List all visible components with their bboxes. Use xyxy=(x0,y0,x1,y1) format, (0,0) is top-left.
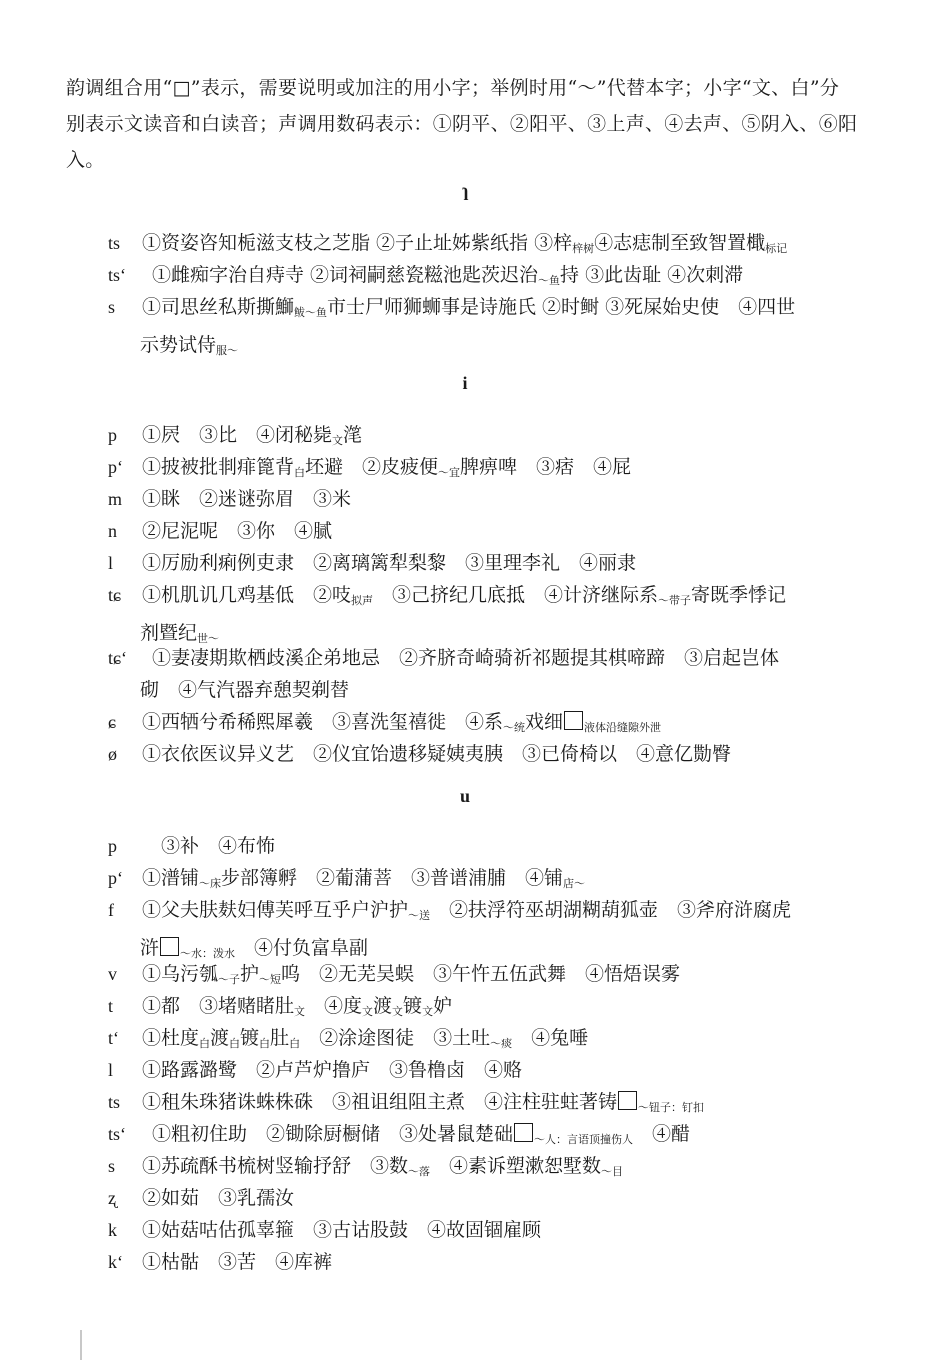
character-group: 示势试侍 xyxy=(140,334,216,356)
initial-label: v xyxy=(108,958,142,990)
row-continuation: 砌 ④气汽器弃憩契剃替 xyxy=(108,674,868,706)
annotation-subscript: 白 xyxy=(229,1037,240,1050)
initial-label: p xyxy=(108,830,142,862)
initial-label: ø xyxy=(108,738,142,770)
initial-row: k‘①枯骷 ③苦 ④库裤 xyxy=(108,1246,868,1278)
character-group: 镀 xyxy=(403,995,422,1017)
initial-label: p xyxy=(108,419,142,451)
character-group: ①父夫肤麸妇傅芙呼互乎户沪护 xyxy=(142,899,408,921)
initial-row: l①路露潞鹭 ②卢芦炉撸庐 ③鲁橹卤 ④赂 xyxy=(108,1054,868,1086)
initial-label: s xyxy=(108,1150,142,1182)
annotation-subscript: 白 xyxy=(294,466,305,479)
initial-label: t‘ xyxy=(108,1022,142,1054)
character-group: 市士尸师狮蛳事是诗施氏 ②时鲥 ③死屎始史使 ④四世 xyxy=(327,296,795,318)
initial-row: ø①衣依医议异义艺 ②仪宜饴遗移疑姨夷胰 ③已倚椅以 ④意亿勚臀 xyxy=(108,738,868,770)
annotation-subscript: ～子 xyxy=(218,973,240,986)
intro-line: 韵调组合用“□”表示，需要说明或加注的用小字；举例时用“～”代替本字；小字“文、… xyxy=(66,70,866,106)
character-group: ①姑菇咕估孤辜箍 ③古诂股鼓 ④故固锢雇顾 xyxy=(142,1219,541,1241)
character-group: ①路露潞鹭 ②卢芦炉撸庐 ③鲁橹卤 ④赂 xyxy=(142,1059,522,1081)
initial-row: k①姑菇咕估孤辜箍 ③古诂股鼓 ④故固锢雇顾 xyxy=(108,1214,868,1246)
character-group: ②扶浮符巫胡湖糊葫狐壶 ③斧府浒腐虎 xyxy=(430,899,791,921)
initial-label: k xyxy=(108,1214,142,1246)
initial-row: m①眯 ②迷谜弥眉 ③米 xyxy=(108,483,868,515)
placeholder-box xyxy=(514,1123,533,1142)
annotation-subscript: ～床 xyxy=(199,877,221,890)
initial-label: p‘ xyxy=(108,451,142,483)
initial-label: t xyxy=(108,990,142,1022)
annotation-subscript: 液体沿缝隙外泄 xyxy=(584,721,661,734)
annotation-subscript: ～目 xyxy=(601,1165,623,1178)
section-title: i xyxy=(0,373,930,394)
initial-row: n②尼泥呢 ③你 ④腻 xyxy=(108,515,868,547)
character-group: ④志痣制至致智置檝 xyxy=(594,232,765,254)
character-group: ①衣依医议异义艺 ②仪宜饴遗移疑姨夷胰 ③已倚椅以 ④意亿勚臀 xyxy=(142,743,731,765)
character-group: ④兔唾 xyxy=(512,1027,588,1049)
character-group: ①资姿咨知栀滋支枝之芝脂 ②子止址姊紫纸指 ③梓 xyxy=(142,232,572,254)
annotation-subscript: 文 xyxy=(332,434,343,447)
annotation-subscript: 白 xyxy=(259,1037,270,1050)
character-group: 坯避 ②皮疲便 xyxy=(305,456,438,478)
character-group: ③己挤纪几底抵 ④计济继际系 xyxy=(373,584,658,606)
initial-label: f xyxy=(108,894,142,926)
character-group: ④付负富阜副 xyxy=(235,937,368,959)
intro-line: 别表示文读音和白读音；声调用数码表示：①阴平、②阳平、③上声、④去声、⑤阴入、⑥… xyxy=(66,106,866,142)
character-group: ③补 ④布怖 xyxy=(142,835,275,857)
annotation-subscript: 标记 xyxy=(765,242,787,255)
character-group: ①眯 ②迷谜弥眉 ③米 xyxy=(142,488,351,510)
character-group: ①乌污瓠 xyxy=(142,963,218,985)
initial-label: ts‘ xyxy=(108,259,152,291)
character-group: ②涂途图徒 ③土吐 xyxy=(300,1027,490,1049)
annotation-subscript: ～送 xyxy=(408,909,430,922)
annotation-subscript: ～钮子：钉扣 xyxy=(638,1101,704,1114)
character-group: ①租朱珠猪诛蛛株硃 ③祖诅组阻主煮 ④注柱驻蛀著铸 xyxy=(142,1091,617,1113)
placeholder-box xyxy=(564,711,583,730)
character-group: ①屄 ③比 ④闭秘毙 xyxy=(142,424,332,446)
character-group: ①杜度 xyxy=(142,1027,199,1049)
initial-label: l xyxy=(108,547,142,579)
character-group: ①司思丝私斯撕鰤 xyxy=(142,296,294,318)
initial-label: ɕ xyxy=(108,706,142,738)
intro-paragraph: 韵调组合用“□”表示，需要说明或加注的用小字；举例时用“～”代替本字；小字“文、… xyxy=(66,70,866,178)
character-group: 镀 xyxy=(240,1027,259,1049)
character-group: ①厉励利痢例吏隶 ②离璃篱犁梨黎 ③里理李礼 ④丽隶 xyxy=(142,552,636,574)
initial-label: ts xyxy=(108,1086,142,1118)
initial-label: s xyxy=(108,291,142,323)
character-group: 妒 xyxy=(433,995,452,1017)
initial-label: n xyxy=(108,515,142,547)
initial-row: tɕ‘①妻凄期欺栖歧溪企弟地忌 ②齐脐奇崎骑祈祁题提其棋啼蹄 ③启起岂体砌 ④气… xyxy=(108,642,868,706)
initial-label: m xyxy=(108,483,142,515)
section-title: ɿ xyxy=(0,180,930,201)
placeholder-box xyxy=(618,1091,637,1110)
initial-label: ts xyxy=(108,227,142,259)
placeholder-box xyxy=(160,937,179,956)
character-group: 砌 ④气汽器弃憩契剃替 xyxy=(140,679,349,701)
annotation-subscript: 文 xyxy=(422,1005,433,1018)
annotation-subscript: 文 xyxy=(362,1005,373,1018)
character-group: 护 xyxy=(240,963,259,985)
character-group: ④素诉塑漱恕墅数 xyxy=(430,1155,601,1177)
annotation-subscript: ～统 xyxy=(503,721,525,734)
annotation-subscript: ～人：言语顶撞伤人 xyxy=(534,1133,633,1146)
annotation-subscript: 鲅～鱼 xyxy=(294,306,327,319)
character-group: 寄既季悸记 xyxy=(691,584,786,606)
initial-label: tɕ‘ xyxy=(108,642,152,674)
character-group: 浒 xyxy=(140,937,159,959)
annotation-subscript: 文 xyxy=(392,1005,403,1018)
character-group: ①雌痴字治自痔寺 ②词祠嗣慈瓷糍池匙茨迟治 xyxy=(152,264,538,286)
character-group: ①潽铺 xyxy=(142,867,199,889)
character-group: ④度 xyxy=(305,995,362,1017)
character-group: 肚 xyxy=(270,1027,289,1049)
annotation-subscript: ～短 xyxy=(259,973,281,986)
initial-label: k‘ xyxy=(108,1246,142,1278)
initial-row: ʐ②如茹 ③乳孺汝 xyxy=(108,1182,868,1214)
character-group: 戏细 xyxy=(525,711,563,733)
annotation-subscript: 文 xyxy=(294,1005,305,1018)
character-group: 步部簿孵 ②葡蒲菩 ③普谱浦脯 ④铺 xyxy=(221,867,563,889)
annotation-subscript: 梓树 xyxy=(572,242,594,255)
row-continuation: 示势试侍服～ xyxy=(108,329,868,367)
annotation-subscript: 白 xyxy=(199,1037,210,1050)
character-group: ②如茹 ③乳孺汝 xyxy=(142,1187,294,1209)
initial-label: l xyxy=(108,1054,142,1086)
character-group: ①枯骷 ③苦 ④库裤 xyxy=(142,1251,332,1273)
character-group: ④醋 xyxy=(633,1123,690,1145)
initial-label: ʐ xyxy=(108,1182,142,1214)
initial-label: ts‘ xyxy=(108,1118,152,1150)
annotation-subscript: 拟声 xyxy=(351,594,373,607)
character-group: ①机肌讥几鸡基低 ②吱 xyxy=(142,584,351,606)
intro-line: 入。 xyxy=(66,142,866,178)
character-group: ①妻凄期欺栖歧溪企弟地忌 ②齐脐奇崎骑祈祁题提其棋啼蹄 ③启起岂体 xyxy=(152,647,779,669)
annotation-subscript: 白 xyxy=(289,1037,300,1050)
annotation-subscript: ～痰 xyxy=(490,1037,512,1050)
annotation-subscript: ～宜 xyxy=(438,466,460,479)
character-group: 呜 ②无芜吴蜈 ③午忤五伍武舞 ④悟焐误雾 xyxy=(281,963,680,985)
character-group: ②尼泥呢 ③你 ④腻 xyxy=(142,520,332,542)
character-group: 持 ③此齿耻 ④次刺滞 xyxy=(560,264,743,286)
initial-row: s①司思丝私斯撕鰤鲅～鱼市士尸师狮蛳事是诗施氏 ②时鲥 ③死屎始史使 ④四世示势… xyxy=(108,291,868,367)
initial-row: l①厉励利痢例吏隶 ②离璃篱犁梨黎 ③里理李礼 ④丽隶 xyxy=(108,547,868,579)
initial-row: p ③补 ④布怖 xyxy=(108,830,868,862)
scan-artifact xyxy=(80,1330,82,1360)
character-group: ①苏疏酥书梳树竖输抒舒 ③数 xyxy=(142,1155,408,1177)
character-group: 渡 xyxy=(210,1027,229,1049)
annotation-subscript: 服～ xyxy=(216,344,238,357)
character-group: ①都 ③堵赌睹肚 xyxy=(142,995,294,1017)
initial-label: p‘ xyxy=(108,862,142,894)
annotation-subscript: ～带子 xyxy=(658,594,691,607)
initial-label: tɕ xyxy=(108,579,142,611)
annotation-subscript: ～落 xyxy=(408,1165,430,1178)
annotation-subscript: ～鱼 xyxy=(538,274,560,287)
annotation-subscript: 店～ xyxy=(563,877,585,890)
character-group: ①披被批剕痱篦背 xyxy=(142,456,294,478)
character-group: 脾痹啤 ③痞 ④屁 xyxy=(460,456,631,478)
section-title: u xyxy=(0,786,930,807)
character-group: 渡 xyxy=(373,995,392,1017)
character-group: ①粗初住助 ②锄除厨橱储 ③处暑鼠楚础 xyxy=(152,1123,513,1145)
character-group: 剂暨纪 xyxy=(140,622,197,644)
character-group: ①西牺兮希稀熙犀羲 ③喜洗玺禧徙 ④系 xyxy=(142,711,503,733)
character-group: 滗 xyxy=(343,424,362,446)
